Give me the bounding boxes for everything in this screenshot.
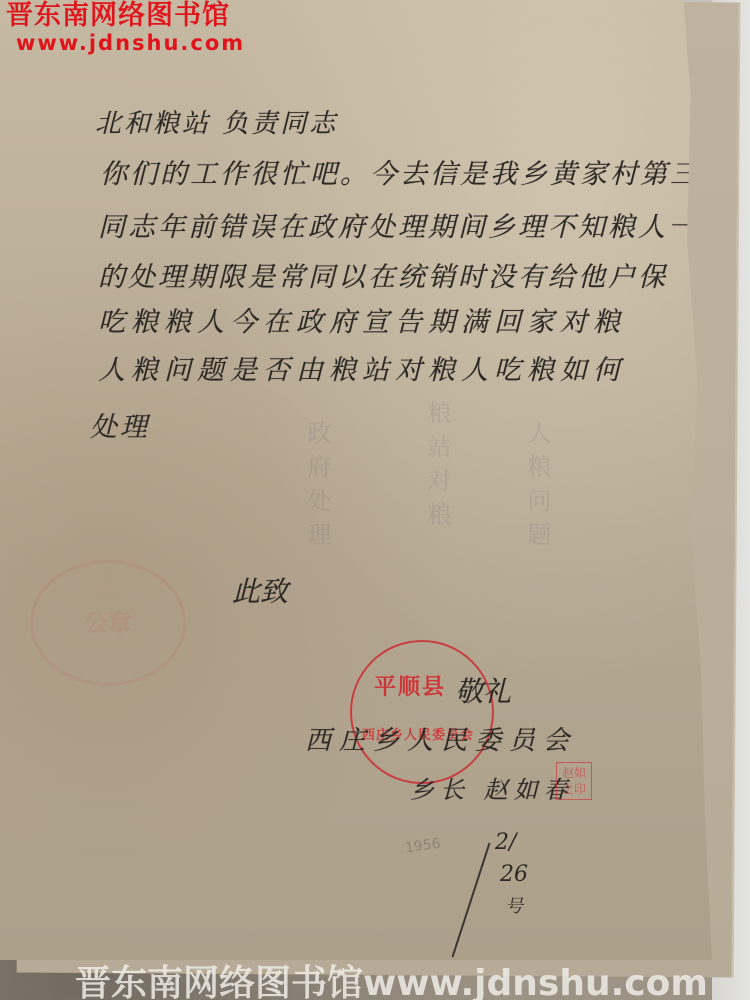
date-month: 2/ bbox=[495, 830, 516, 856]
body-line-2: 同志年前错误在政府处理期间乡理不知粮人一 bbox=[98, 205, 698, 244]
body-line-5: 人粮问题是否由粮站对粮人吃粮如何 bbox=[98, 348, 626, 387]
signature-unit: 西庄乡人民委员会 bbox=[305, 720, 577, 757]
bleed-through-text: 人粮问题 bbox=[520, 420, 555, 556]
signature-name: 乡长 赵如春 bbox=[410, 770, 574, 805]
watermark-top: 晋东南网络图书馆 www.jdnshu.com bbox=[6, 2, 245, 54]
faint-stamp: 公章 bbox=[30, 560, 186, 686]
body-line-3: 的处理期限是常同以在统销时没有给他户保 bbox=[98, 255, 668, 294]
bleed-through-text: 政府处理 bbox=[300, 420, 335, 556]
body-line-6: 处理 bbox=[90, 405, 150, 444]
watermark-title: 晋东南网络图书馆 bbox=[6, 2, 245, 29]
personal-seal: 赵如 之印 bbox=[556, 762, 592, 800]
salute: 敬礼 bbox=[455, 670, 511, 710]
watermark-url: www.jdnshu.com bbox=[6, 33, 245, 54]
official-round-stamp: 平顺县 西庄乡人民委员会 bbox=[350, 640, 494, 784]
letter-paper: 政府处理 粮站对粮 人粮问题 公章 北和粮站 负责同志 你们的工作很忙吧。今去信… bbox=[0, 0, 712, 960]
date-suffix: 号 bbox=[505, 894, 523, 920]
body-line-1: 你们的工作很忙吧。今去信是我乡黄家村第三组 bbox=[100, 152, 730, 191]
pencil-year-note: 1956 bbox=[404, 836, 442, 857]
bleed-through-text: 粮站对粮 bbox=[420, 400, 455, 536]
date-day: 26 bbox=[500, 862, 528, 888]
closing: 此致 bbox=[232, 570, 288, 610]
date-slash-mark bbox=[452, 843, 491, 958]
salutation: 北和粮站 负责同志 bbox=[95, 103, 338, 140]
watermark-bottom: 晋东南网络图书馆www.jdnshu.com bbox=[75, 955, 708, 1000]
body-line-4: 吃粮粮人今在政府宣告期满回家对粮 bbox=[98, 300, 626, 339]
stamp-county-text: 平顺县 bbox=[374, 670, 446, 701]
